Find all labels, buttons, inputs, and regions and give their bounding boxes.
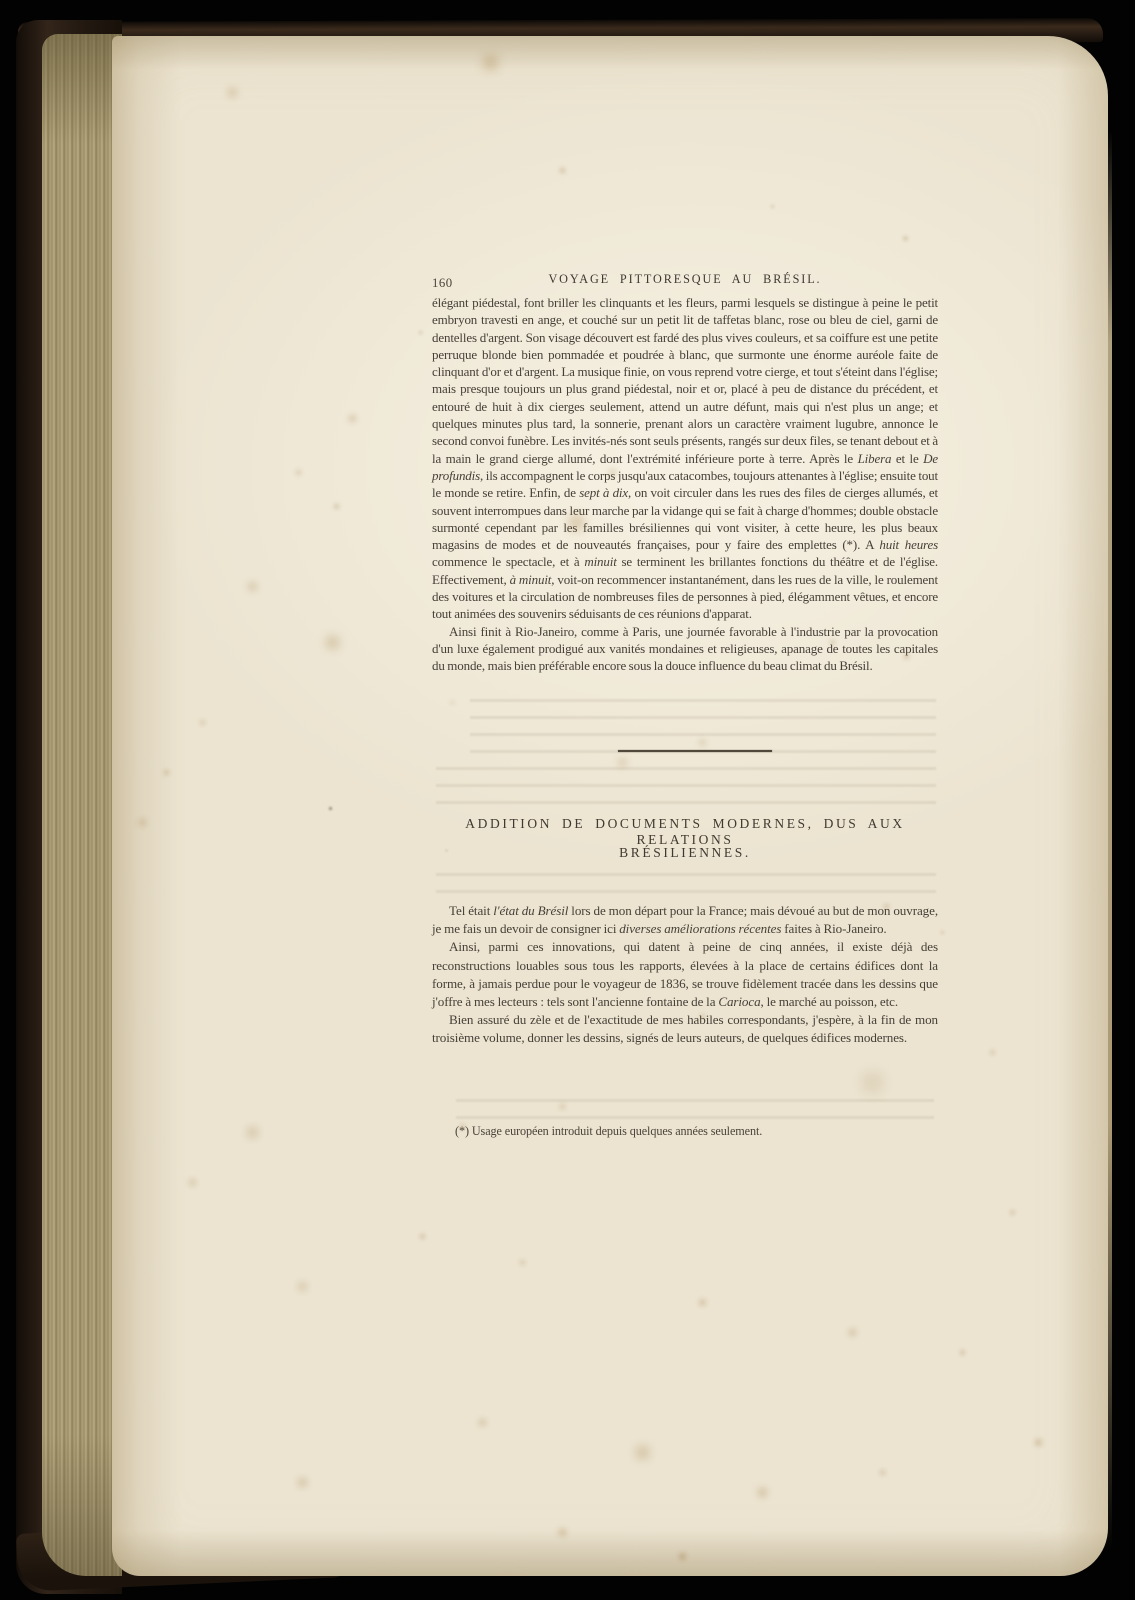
paragraph: Tel était l'état du Brésil lors de mon d… [432,902,938,938]
paragraph: Ainsi finit à Rio-Janeiro, comme à Paris… [432,623,938,675]
section-heading-line1: ADDITION DE DOCUMENTS MODERNES, DUS AUX … [432,816,938,848]
typeset-text-area: 160 VOYAGE PITTORESQUE AU BRÉSIL. élégan… [432,268,938,294]
foxing-age-spots [0,0,1,1]
running-title: VOYAGE PITTORESQUE AU BRÉSIL. [432,272,938,287]
paragraph: Ainsi, parmi ces innovations, qui datent… [432,938,938,1011]
section-divider-rule [618,750,772,752]
paragraph: Bien assuré du zèle et de l'exactitude d… [432,1011,938,1047]
section-heading-line2: BRÉSILIENNES. [432,845,938,861]
paragraph: élégant piédestal, font briller les clin… [432,294,938,623]
addition-text-block: Tel était l'état du Brésil lors de mon d… [432,902,938,1048]
main-text-block: élégant piédestal, font briller les clin… [432,294,938,675]
footnote: (*) Usage européen introduit depuis quel… [432,1124,938,1139]
book-page [112,36,1108,1576]
photographed-book-scene: 160 VOYAGE PITTORESQUE AU BRÉSIL. élégan… [0,0,1135,1600]
stacked-page-edges [42,34,122,1576]
page-header: 160 VOYAGE PITTORESQUE AU BRÉSIL. [432,268,938,294]
